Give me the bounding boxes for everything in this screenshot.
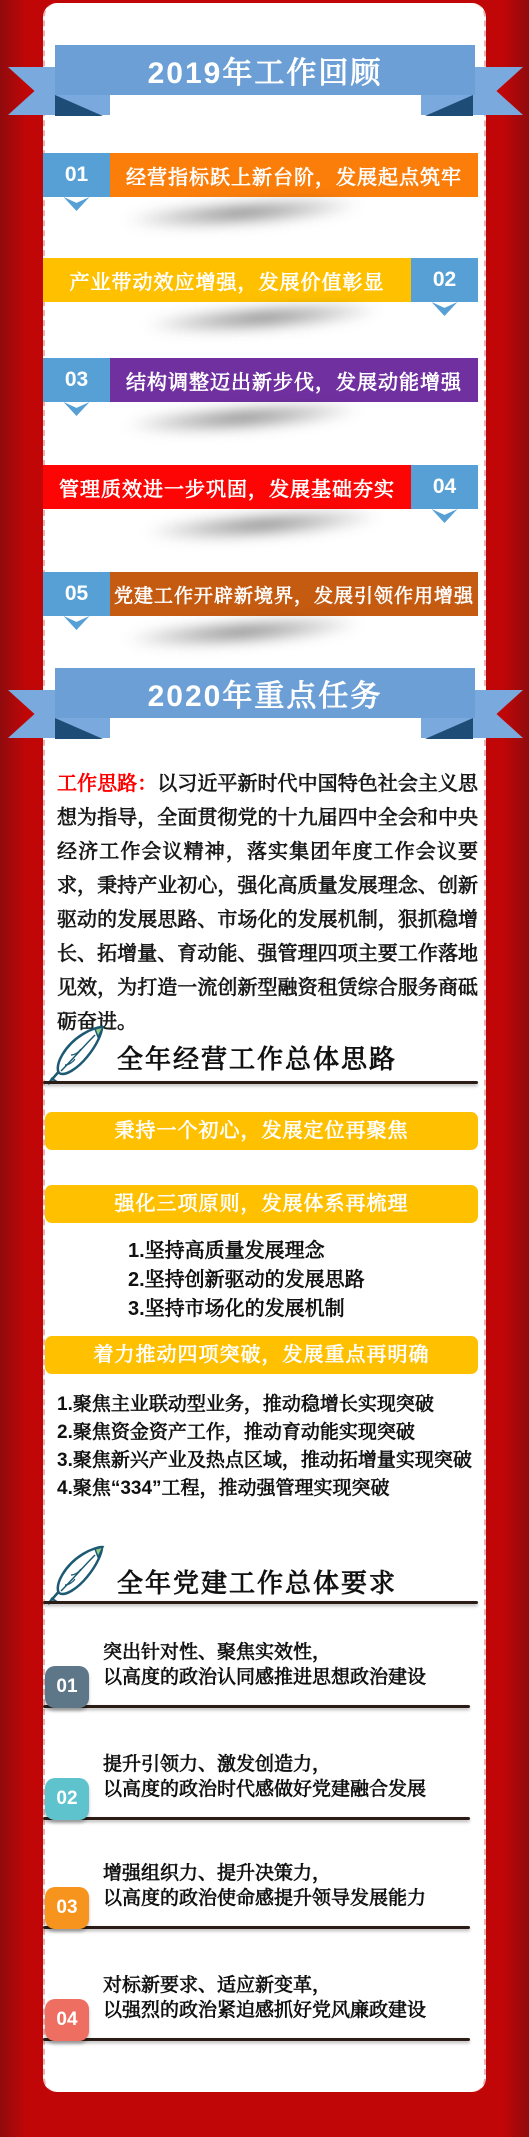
- party-item-line2: 以高度的政治使命感提升领导发展能力: [103, 1886, 426, 1911]
- number-tab: 01: [43, 153, 110, 197]
- party-item-text: 突出针对性、聚焦实效性， 以高度的政治认同感推进思想政治建设: [103, 1640, 426, 1690]
- item-underline: [43, 2038, 470, 2041]
- business-bar-2-label: 强化三项原则，发展体系再梳理: [115, 1193, 409, 1215]
- section-underline: [43, 1601, 478, 1604]
- tab-tail-icon: [64, 402, 90, 416]
- list-item: 1.聚焦主业联动型业务，推动稳增长实现突破: [57, 1391, 472, 1419]
- review-label: 经营指标跃上新台阶，发展起点筑牢: [126, 161, 462, 190]
- list-item: 1.坚持高质量发展理念: [128, 1237, 365, 1266]
- party-item-line2: 以强烈的政治紧迫感抓好党风廉政建设: [103, 1998, 426, 2023]
- party-item-line2: 以高度的政治认同感推进思想政治建设: [103, 1665, 426, 1690]
- business-bar-3-label: 着力推动四项突破，发展重点再明确: [94, 1344, 430, 1366]
- list-item: 3.聚焦新兴产业及热点区域，推动拓增量实现突破: [57, 1447, 472, 1475]
- review-row-2: 02 产业带动效应增强，发展价值彰显: [43, 258, 478, 302]
- review-label: 管理质效进一步巩固，发展基础夯实: [59, 473, 395, 502]
- review-row-1: 01 经营指标跃上新台阶，发展起点筑牢: [43, 153, 478, 197]
- item-underline: [43, 1817, 470, 1820]
- badge-number: 03: [56, 1897, 77, 1919]
- number-badge: 04: [45, 1999, 89, 2041]
- quill-pen-icon: [45, 1025, 111, 1087]
- shadow-smudge: [137, 506, 388, 547]
- number-label: 02: [433, 268, 456, 292]
- number-badge: 01: [45, 1666, 89, 1708]
- review-bar: 产业带动效应增强，发展价值彰显: [43, 258, 411, 302]
- party-item-line1: 提升引领力、激发创造力，: [103, 1752, 426, 1777]
- number-badge: 03: [45, 1887, 89, 1929]
- party-item-line2: 以高度的政治时代感做好党建融合发展: [103, 1777, 426, 1802]
- banner-band: 2019年工作回顾: [55, 45, 475, 95]
- business-bar-1: 秉持一个初心，发展定位再聚焦: [45, 1112, 478, 1150]
- section-underline: [43, 1081, 478, 1084]
- party-item-2: 提升引领力、激发创造力， 以高度的政治时代感做好党建融合发展 02: [43, 1750, 478, 1820]
- party-item-line1: 突出针对性、聚焦实效性，: [103, 1640, 426, 1665]
- banner-band: 2020年重点任务: [55, 668, 475, 718]
- work-thought-body: 以习近平新时代中国特色社会主义思想为指导，全面贯彻党的十九届四中全会和中央经济工…: [57, 773, 478, 1033]
- list-item: 2.聚焦资金资产工作，推动育动能实现突破: [57, 1419, 472, 1447]
- tab-tail-icon: [432, 302, 458, 316]
- badge-number: 01: [56, 1676, 77, 1698]
- number-tab: 02: [411, 258, 478, 302]
- party-item-line1: 增强组织力、提升决策力，: [103, 1861, 426, 1886]
- shadow-smudge: [117, 194, 368, 235]
- work-thought-label: 工作思路：: [57, 773, 157, 795]
- party-item-text: 提升引领力、激发创造力， 以高度的政治时代感做好党建融合发展: [103, 1752, 426, 1802]
- breakthroughs-list: 1.聚焦主业联动型业务，推动稳增长实现突破 2.聚焦资金资产工作，推动育动能实现…: [57, 1391, 472, 1503]
- list-item: 4.聚焦“334”工程，推动强管理实现突破: [57, 1475, 472, 1503]
- party-item-1: 突出针对性、聚焦实效性， 以高度的政治认同感推进思想政治建设 01: [43, 1638, 478, 1708]
- item-underline: [43, 1926, 470, 1929]
- number-badge: 02: [45, 1778, 89, 1820]
- review-bar: 管理质效进一步巩固，发展基础夯实: [43, 465, 411, 509]
- number-label: 04: [433, 475, 456, 499]
- list-item: 2.坚持创新驱动的发展思路: [128, 1266, 365, 1295]
- badge-number: 02: [56, 1788, 77, 1810]
- number-tab: 04: [411, 465, 478, 509]
- shadow-smudge: [137, 299, 388, 340]
- number-label: 05: [65, 582, 88, 606]
- review-row-4: 04 管理质效进一步巩固，发展基础夯实: [43, 465, 478, 509]
- list-item: 3.坚持市场化的发展机制: [128, 1295, 365, 1324]
- work-thought-paragraph: 工作思路：以习近平新时代中国特色社会主义思想为指导，全面贯彻党的十九届四中全会和…: [57, 767, 478, 1039]
- badge-number: 04: [56, 2009, 77, 2031]
- business-bar-2: 强化三项原则，发展体系再梳理: [45, 1185, 478, 1223]
- tab-tail-icon: [432, 509, 458, 523]
- shadow-smudge: [117, 613, 368, 654]
- banner-2019: 2019年工作回顾: [43, 45, 486, 95]
- number-tab: 03: [43, 358, 110, 402]
- business-bar-3: 着力推动四项突破，发展重点再明确: [45, 1336, 478, 1374]
- tab-tail-icon: [64, 616, 90, 630]
- banner-title-2019: 2019年工作回顾: [148, 48, 383, 92]
- banner-title-2020: 2020年重点任务: [148, 671, 383, 715]
- review-bar: 经营指标跃上新台阶，发展起点筑牢: [110, 153, 478, 197]
- business-bar-1-label: 秉持一个初心，发展定位再聚焦: [115, 1120, 409, 1142]
- review-row-3: 03 结构调整迈出新步伐，发展动能增强: [43, 358, 478, 402]
- content-card: 2019年工作回顾 01 经营指标跃上新台阶，发展起点筑牢 02 产业带动效应增…: [43, 3, 486, 2092]
- number-label: 01: [65, 163, 88, 187]
- review-label: 党建工作开辟新境界，发展引领作用增强: [114, 581, 474, 608]
- shadow-smudge: [117, 399, 368, 440]
- party-item-3: 增强组织力、提升决策力， 以高度的政治使命感提升领导发展能力 03: [43, 1859, 478, 1929]
- banner-2020: 2020年重点任务: [43, 668, 486, 718]
- review-label: 结构调整迈出新步伐，发展动能增强: [126, 366, 462, 395]
- number-tab: 05: [43, 572, 110, 616]
- review-row-5: 05 党建工作开辟新境界，发展引领作用增强: [43, 572, 478, 616]
- review-bar: 党建工作开辟新境界，发展引领作用增强: [110, 572, 478, 616]
- review-label: 产业带动效应增强，发展价值彰显: [70, 266, 385, 295]
- business-section-title: 全年经营工作总体思路: [117, 1039, 397, 1076]
- principles-list: 1.坚持高质量发展理念 2.坚持创新驱动的发展思路 3.坚持市场化的发展机制: [128, 1237, 365, 1324]
- party-item-text: 增强组织力、提升决策力， 以高度的政治使命感提升领导发展能力: [103, 1861, 426, 1911]
- party-section-title: 全年党建工作总体要求: [117, 1563, 397, 1600]
- tab-tail-icon: [64, 197, 90, 211]
- quill-pen-icon: [45, 1545, 111, 1607]
- number-label: 03: [65, 368, 88, 392]
- review-bar: 结构调整迈出新步伐，发展动能增强: [110, 358, 478, 402]
- party-item-line1: 对标新要求、适应新变革，: [103, 1973, 426, 1998]
- item-underline: [43, 1705, 470, 1708]
- party-item-text: 对标新要求、适应新变革， 以强烈的政治紧迫感抓好党风廉政建设: [103, 1973, 426, 2023]
- party-item-4: 对标新要求、适应新变革， 以强烈的政治紧迫感抓好党风廉政建设 04: [43, 1971, 478, 2041]
